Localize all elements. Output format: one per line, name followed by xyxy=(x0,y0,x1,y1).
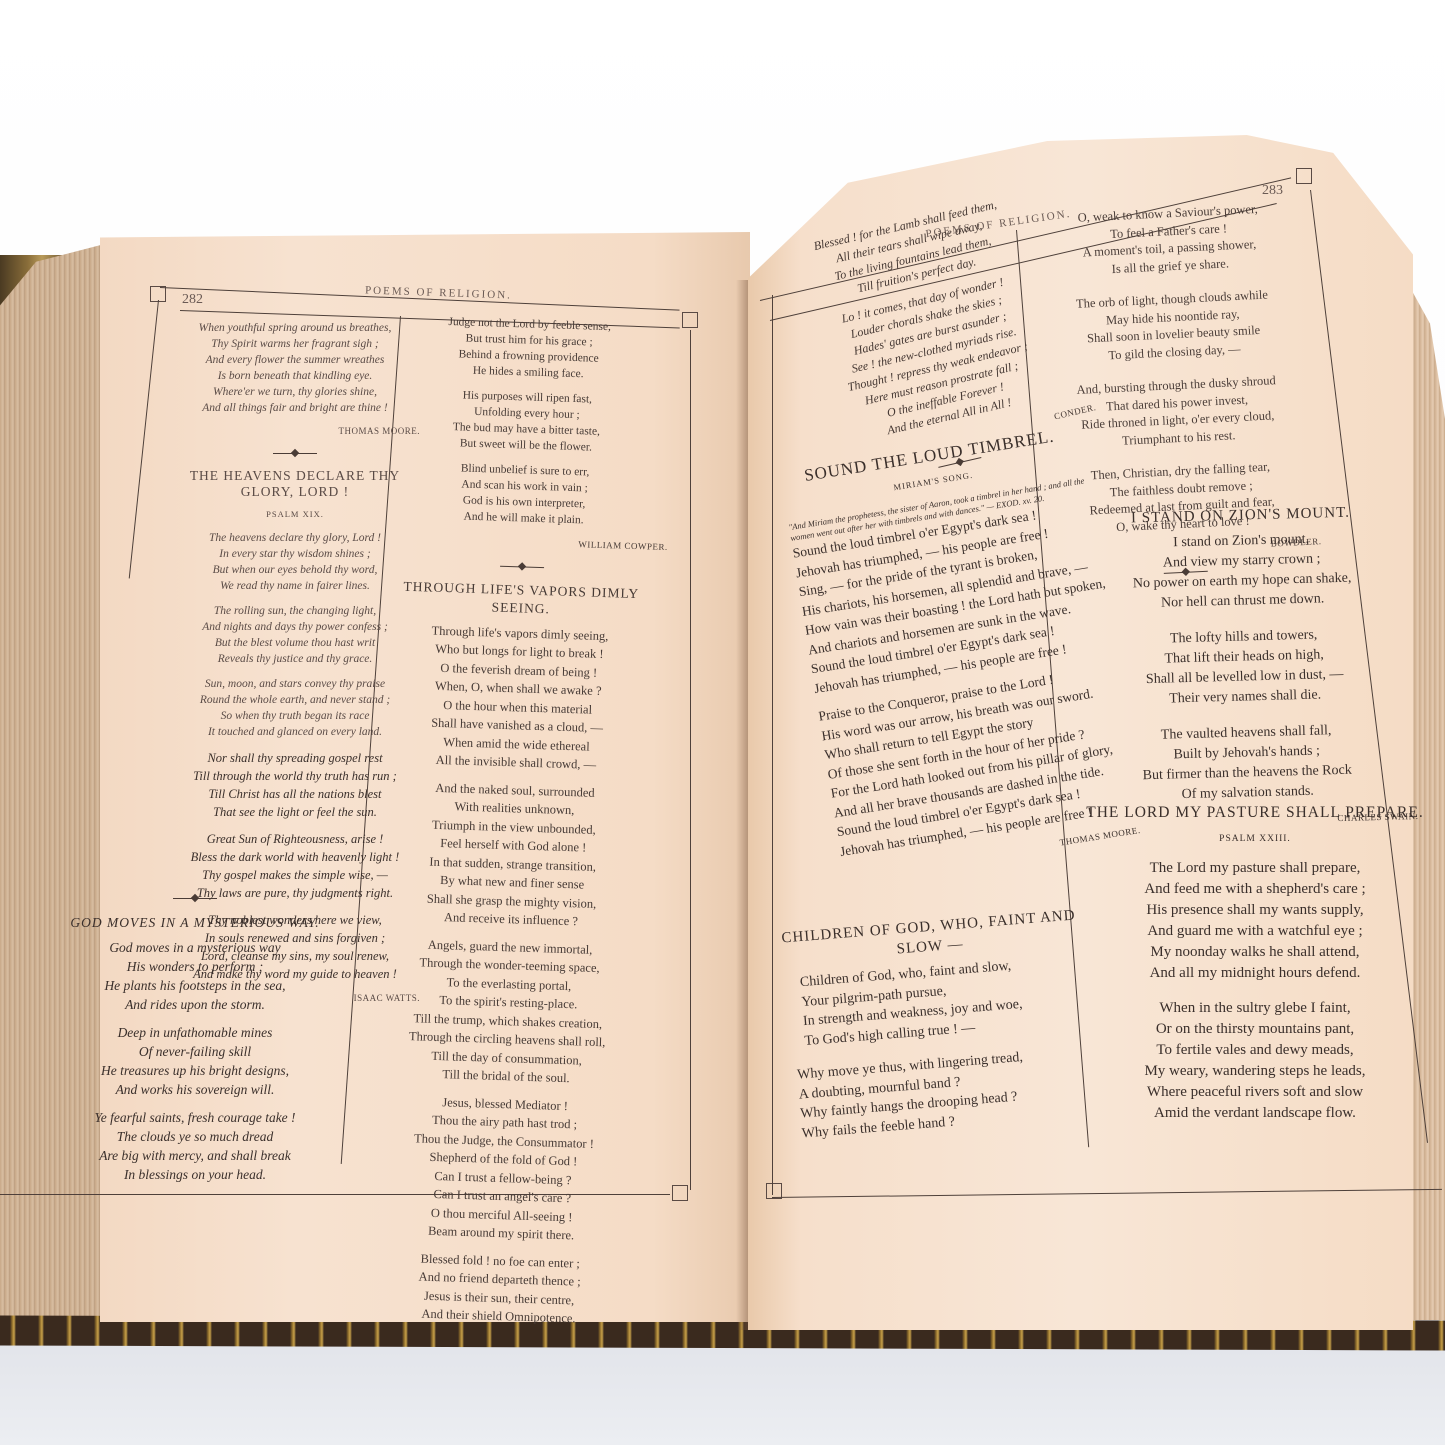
verse-line: His presence shall my wants supply, xyxy=(1070,900,1440,921)
stanza: Jesus, blessed Mediator ! Thou the airy … xyxy=(356,1090,651,1247)
stanza: The Lord my pasture shall prepare, And f… xyxy=(1070,858,1440,984)
stanza: When in the sultry glebe I faint, Or on … xyxy=(1070,998,1440,1124)
stanza: Blessed fold ! no foe can enter ; And no… xyxy=(353,1247,645,1330)
right-page-column-1-lower: CHILDREN OF GOD, WHO, FAINT AND SLOW — C… xyxy=(775,896,1097,1153)
verse-line: And all my midnight hours defend. xyxy=(1070,963,1440,984)
verse-line: Or on the thirsty mountains pant, xyxy=(1070,1019,1440,1040)
verse-line: Amid the verdant landscape flow. xyxy=(1070,1103,1440,1124)
verse-line: When youthful spring around us breathes, xyxy=(170,320,420,336)
verse-line: He plants his footsteps in the sea, xyxy=(45,976,345,995)
verse-line: Are big with mercy, and shall break xyxy=(45,1146,345,1165)
poem-title: THROUGH LIFE'S VAPORS DIMLY SEEING. xyxy=(376,576,667,622)
divider-ornament-icon xyxy=(273,453,317,454)
corner-ornament-icon xyxy=(672,1185,688,1201)
stanza: Judge not the Lord by feeble sense, But … xyxy=(383,312,675,385)
verse-line: Deep in unfathomable mines xyxy=(45,1023,345,1042)
left-border-rule xyxy=(772,295,773,1195)
verse-line: Where peaceful rivers soft and slow xyxy=(1070,1082,1440,1103)
poem-subtitle: PSALM XXIII. xyxy=(1070,829,1440,850)
corner-ornament-icon xyxy=(1296,168,1312,184)
verse-line: Thy Spirit warms her fragrant sigh ; xyxy=(170,336,420,352)
verse-line: My weary, wandering steps he leads, xyxy=(1070,1061,1440,1082)
stanza: Ye fearful saints, fresh courage take ! … xyxy=(45,1108,345,1184)
divider-ornament-icon xyxy=(173,898,217,899)
verse-line: And works his sovereign will. xyxy=(45,1080,345,1099)
verse-line: The clouds ye so much dread xyxy=(45,1127,345,1146)
verse-line: He treasures up his bright designs, xyxy=(45,1061,345,1080)
stanza: Blind unbelief is sure to err, And scan … xyxy=(378,458,670,531)
verse-line: God moves in a mysterious way xyxy=(45,938,345,957)
right-border-rule xyxy=(690,330,691,1190)
stanza: The orb of light, though clouds awhile M… xyxy=(1034,284,1312,367)
verse-line: Of never-failing skill xyxy=(45,1042,345,1061)
author-credit: WILLIAM COWPER. xyxy=(378,529,668,557)
stanza: Deep in unfathomable mines Of never-fail… xyxy=(45,1023,345,1099)
stanza: The lofty hills and towers, That lift th… xyxy=(1073,623,1415,712)
verse-line: My noonday walks he shall attend, xyxy=(1070,942,1440,963)
stanza: His purposes will ripen fast, Unfolding … xyxy=(381,385,673,458)
poem-title: GOD MOVES IN A MYSTERIOUS WAY. xyxy=(45,913,345,932)
stanza: O, weak to know a Saviour's power, To fe… xyxy=(1030,199,1308,282)
verse-line: And feed me with a shepherd's care ; xyxy=(1070,879,1440,900)
divider-ornament-icon xyxy=(500,565,544,567)
stanza: God moves in a mysterious way His wonder… xyxy=(45,938,345,1014)
stanza: Why move ye thus, with lingering tread, … xyxy=(787,1043,1097,1145)
poem-title: THE LORD MY PASTURE SHALL PREPARE. xyxy=(1070,802,1440,823)
verse-line: His wonders to perform ; xyxy=(45,957,345,976)
stanza: Angels, guard the new immortal, Through … xyxy=(361,933,656,1090)
left-page-column-1-lower: GOD MOVES IN A MYSTERIOUS WAY. God moves… xyxy=(45,898,345,1193)
corner-ornament-icon xyxy=(682,312,698,328)
poem-title: I STAND ON ZION'S MOUNT. xyxy=(1070,501,1410,530)
stanza: Through life's vapors dimly seeing, Who … xyxy=(371,619,666,776)
verse-line: When in the sultry glebe I faint, xyxy=(1070,998,1440,1019)
verse-line: In blessings on your head. xyxy=(45,1165,345,1184)
table-surface xyxy=(0,1340,1445,1445)
stanza: I stand on Zion's mount, And view my sta… xyxy=(1071,527,1413,616)
verse-line: And guard me with a watchful eye ; xyxy=(1070,921,1440,942)
left-page-column-2: Judge not the Lord by feeble sense, But … xyxy=(353,312,675,1339)
verse-line: And rides upon the storm. xyxy=(45,995,345,1014)
verse-line: The Lord my pasture shall prepare, xyxy=(1070,858,1440,879)
right-page-column-2-lower: THE LORD MY PASTURE SHALL PREPARE. PSALM… xyxy=(1070,780,1440,1133)
verse-line: To fertile vales and dewy meads, xyxy=(1070,1040,1440,1061)
stanza: And, bursting through the dusky shroud T… xyxy=(1038,370,1316,453)
page-number-left: 282 xyxy=(182,292,203,308)
verse-line: Ye fearful saints, fresh courage take ! xyxy=(45,1108,345,1127)
page-number-right: 283 xyxy=(1262,183,1283,199)
stanza: Children of God, who, faint and slow, Yo… xyxy=(779,951,1089,1053)
stanza: And the naked soul, surrounded With real… xyxy=(366,776,661,933)
